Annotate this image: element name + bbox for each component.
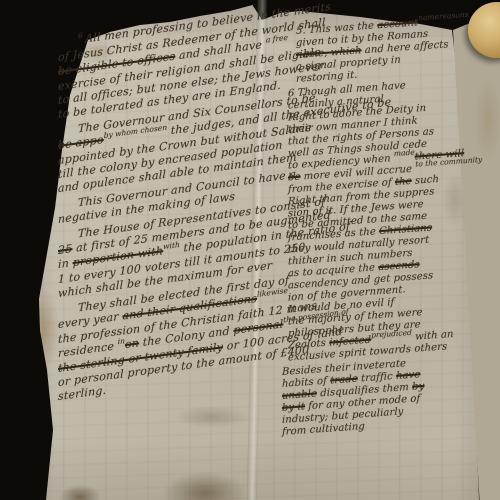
- right-text-column: 5. This was the accountnamereasonsgiven …: [266, 13, 481, 442]
- struck-text: by: [412, 381, 424, 393]
- manuscript-paragraph: 5. This was the accountnamereasonsgiven …: [296, 13, 481, 86]
- manuscript-paragraph: Besides their inveteratehabits of trade …: [282, 353, 481, 439]
- struck-text: be: [288, 172, 301, 184]
- handwritten-text: such: [412, 174, 439, 187]
- inserted-text: 6: [78, 30, 85, 40]
- inserted-text: with: [163, 240, 180, 251]
- inserted-text: made: [394, 148, 415, 158]
- struck-text: by it: [282, 401, 305, 414]
- struck-text: have: [396, 369, 420, 382]
- struck-text: on: [125, 336, 139, 351]
- inserted-text: in: [118, 336, 125, 346]
- inserted-text: name: [418, 12, 439, 22]
- struck-text: 25: [58, 242, 72, 257]
- handwritten-text: in: [58, 256, 73, 271]
- inserted-text: reasons: [439, 10, 469, 21]
- inserted-text: prejudiced: [371, 328, 412, 340]
- manuscript-paragraph: 6 Though all men havecertainly a natural…: [288, 75, 481, 364]
- manuscript-photo: 6 All men professing to believe in the m…: [0, 0, 500, 500]
- struck-text: the: [395, 176, 412, 188]
- handwritten-text: with an: [412, 329, 454, 343]
- struck-text: trade: [330, 374, 358, 387]
